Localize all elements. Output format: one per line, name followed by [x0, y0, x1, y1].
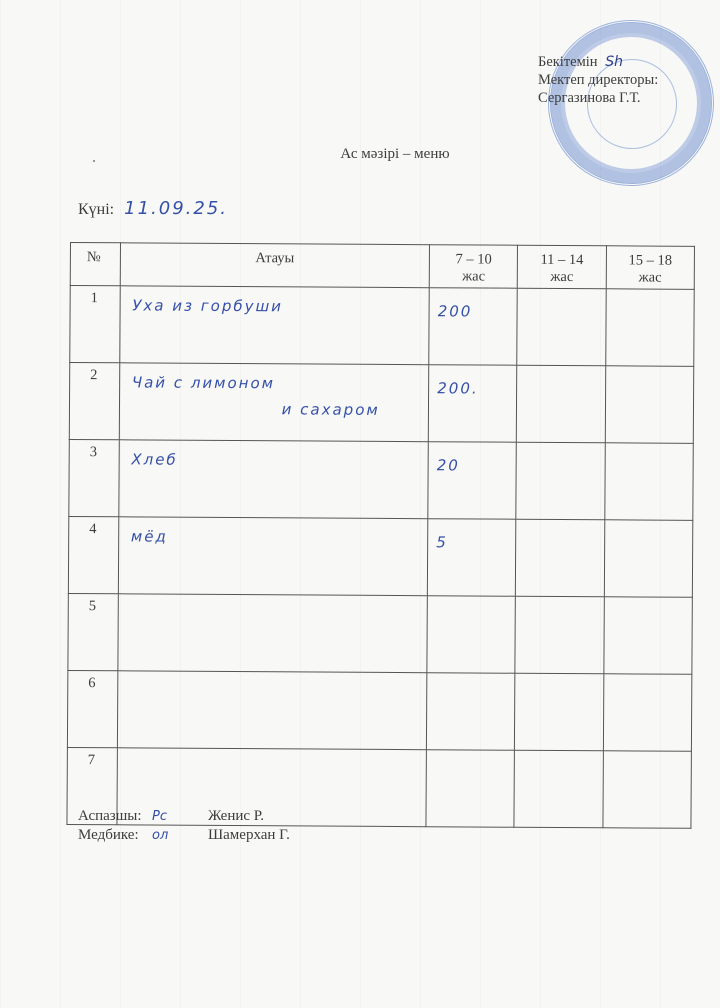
- row-name: Чай с лимономи сахаром: [119, 363, 429, 442]
- date-value: 11.09.25.: [124, 198, 228, 219]
- header-age-11-14: 11 – 14 жас: [518, 245, 607, 289]
- row-num: 5: [68, 593, 118, 670]
- header-num: №: [70, 243, 120, 286]
- menu-table: № Атауы 7 – 10 жас 11 – 14 жас 15 – 18 ж…: [66, 242, 695, 829]
- row-num: 2: [69, 363, 119, 440]
- row-qty-15-18: [605, 443, 694, 521]
- approval-label: Бекітемін: [538, 54, 598, 70]
- row-qty-11-14: [516, 519, 605, 597]
- date-row: Күні: 11.09.25.: [78, 198, 228, 219]
- director-name: Сергазинова Г.Т.: [538, 89, 658, 107]
- date-label: Күні:: [78, 201, 114, 218]
- row-qty-15-18: [603, 674, 692, 752]
- row-name: Уха из горбуши: [119, 286, 429, 365]
- row-qty-11-14: [517, 365, 606, 443]
- row-qty-11-14: [514, 750, 603, 828]
- row-qty-7-10: 200: [429, 288, 518, 366]
- signer-signature: Рс: [152, 807, 208, 826]
- table-row: 6: [67, 670, 691, 751]
- row-qty-11-14: [515, 673, 604, 751]
- table-row: 2Чай с лимономи сахаром200.: [69, 363, 693, 444]
- header-age-7-10: 7 – 10 жас: [429, 245, 518, 289]
- row-qty-7-10: [427, 673, 516, 751]
- signer-nurse: Медбике: ол Шамерхан Г.: [78, 826, 290, 845]
- row-qty-15-18: [603, 751, 692, 829]
- row-name: [117, 671, 427, 750]
- row-num: 1: [70, 286, 120, 363]
- row-qty-15-18: [604, 597, 693, 675]
- table-row: 5: [68, 593, 692, 674]
- table-header-row: № Атауы 7 – 10 жас 11 – 14 жас 15 – 18 ж…: [70, 243, 694, 290]
- signer-signature: ол: [152, 826, 208, 845]
- row-qty-7-10: 20: [428, 442, 517, 520]
- row-qty-15-18: [604, 520, 693, 598]
- signer-role: Медбике:: [78, 826, 152, 845]
- document-page: Бекітемін Sh Мектеп директоры: Сергазино…: [0, 0, 720, 1008]
- signer-name: Шамерхан Г.: [208, 826, 290, 845]
- header-name: Атауы: [120, 243, 430, 288]
- header-age-15-18: 15 – 18 жас: [606, 246, 695, 290]
- page-title: Ас мәзірі – меню: [0, 146, 720, 163]
- table-row: 3Хлеб20: [69, 439, 693, 520]
- table-row: 4мёд5: [68, 516, 692, 597]
- row-qty-7-10: [427, 596, 516, 674]
- row-qty-15-18: [605, 289, 694, 367]
- row-qty-11-14: [515, 596, 604, 674]
- signers-block: Аспазшы: Рс Женис Р. Медбике: ол Шамерха…: [78, 807, 290, 845]
- table-row: 1Уха из горбуши200: [70, 286, 694, 367]
- signer-cook: Аспазшы: Рс Женис Р.: [78, 807, 290, 826]
- row-name: мёд: [118, 517, 428, 596]
- row-qty-11-14: [517, 288, 606, 366]
- signer-role: Аспазшы:: [78, 807, 152, 826]
- row-qty-15-18: [605, 366, 694, 444]
- row-qty-7-10: 5: [428, 519, 517, 597]
- row-num: 3: [69, 439, 119, 516]
- row-num: 6: [67, 670, 117, 747]
- approval-block: Бекітемін Sh Мектеп директоры: Сергазино…: [538, 53, 658, 107]
- row-qty-11-14: [516, 442, 605, 520]
- signer-name: Женис Р.: [208, 807, 264, 826]
- row-name: [118, 594, 428, 673]
- row-qty-7-10: [426, 750, 515, 828]
- director-title: Мектеп директоры:: [538, 71, 658, 89]
- row-name: Хлеб: [119, 440, 429, 519]
- row-qty-7-10: 200.: [428, 365, 517, 443]
- director-signature: Sh: [605, 53, 623, 71]
- row-num: 4: [68, 516, 118, 593]
